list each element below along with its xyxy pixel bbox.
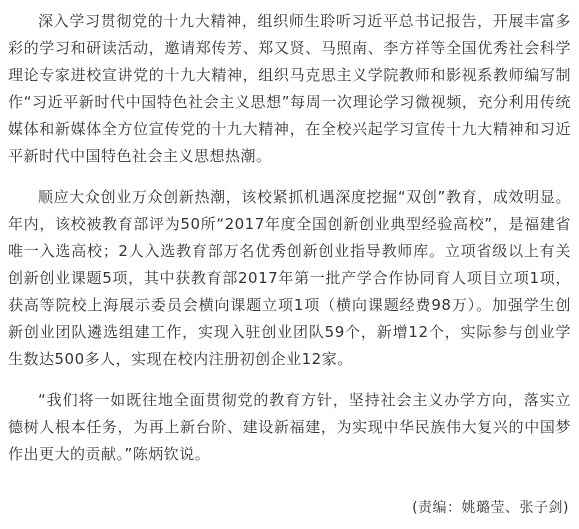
paragraph-3: “我们将一如既往地全面贯彻党的教育方针，坚持社会主义办学方向，落实立德树人根本任… bbox=[8, 387, 571, 468]
paragraph-2: 顺应大众创业万众创新热潮，该校紧抓机遇深度挖掘“双创”教育，成效明显。年内，该校… bbox=[8, 184, 571, 373]
editor-note: (责编：姚璐莹、张子剑) bbox=[412, 497, 569, 517]
paragraph-1: 深入学习贯彻党的十九大精神，组织师生聆听习近平总书记报告，开展丰富多彩的学习和研… bbox=[8, 8, 571, 170]
article-page: 深入学习贯彻党的十九大精神，组织师生聆听习近平总书记报告，开展丰富多彩的学习和研… bbox=[0, 0, 579, 529]
article-body: 深入学习贯彻党的十九大精神，组织师生聆听习近平总书记报告，开展丰富多彩的学习和研… bbox=[8, 8, 571, 468]
